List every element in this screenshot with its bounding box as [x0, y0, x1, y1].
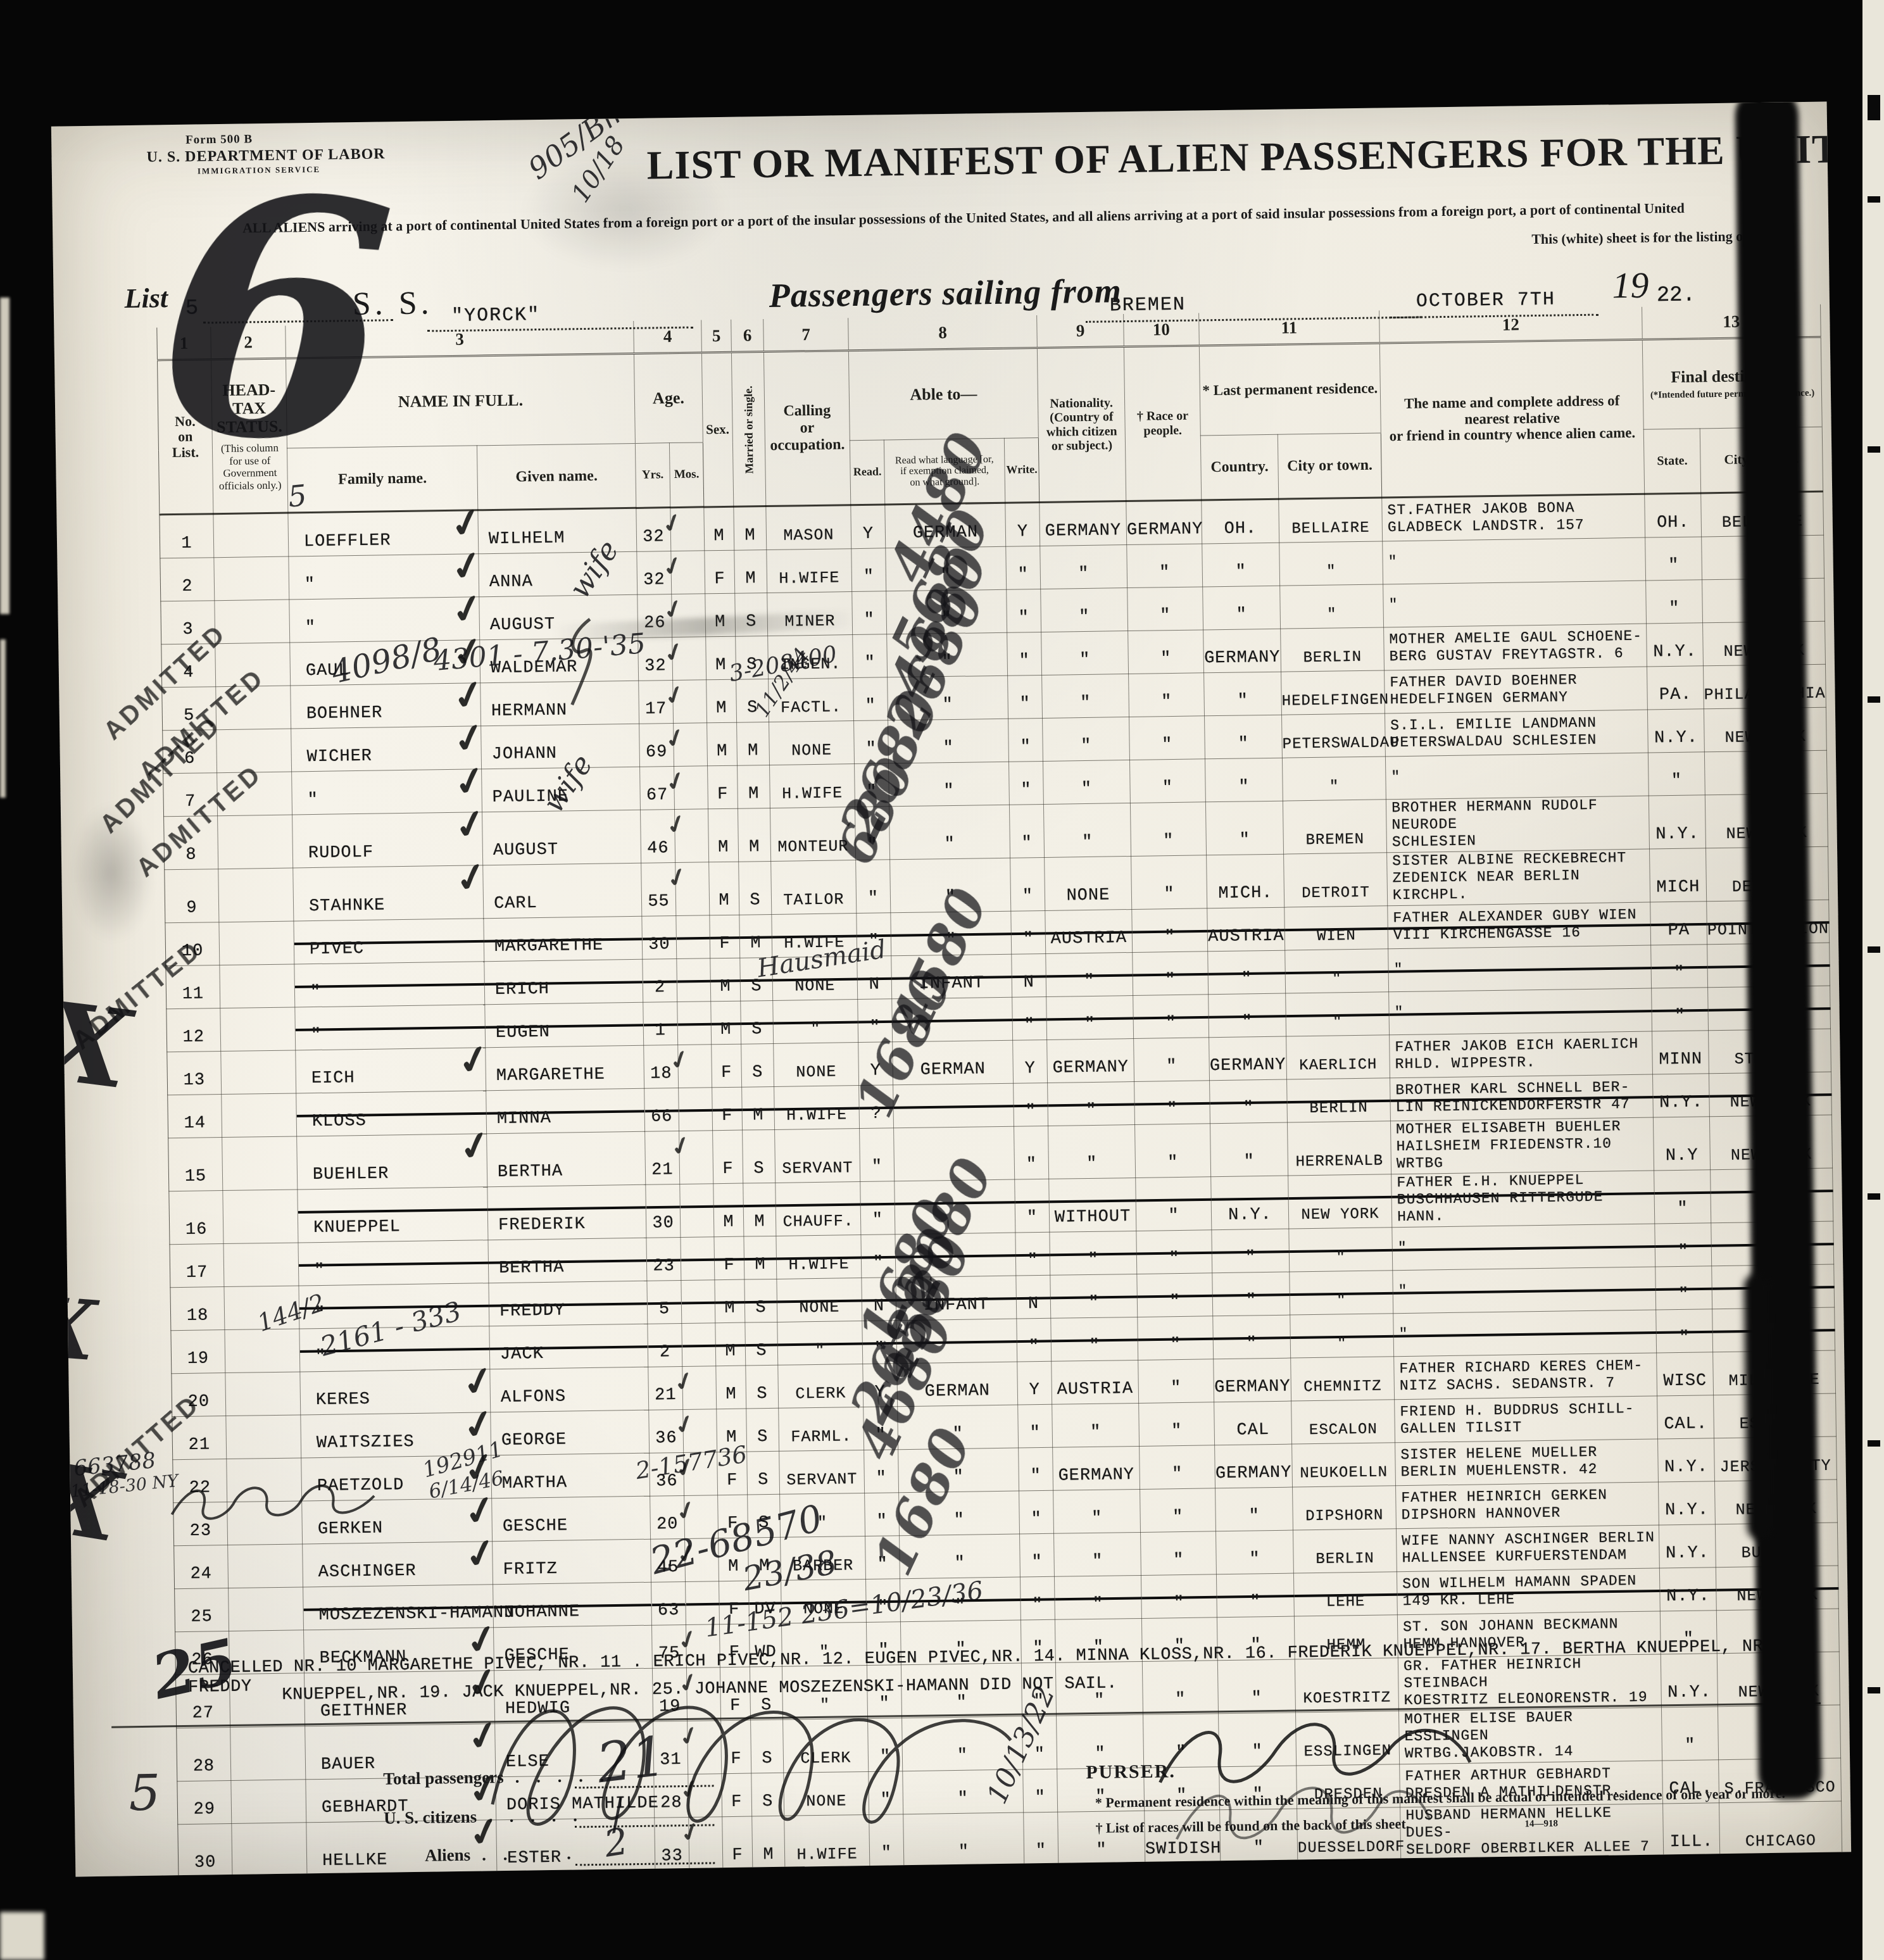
cell-head-tax [222, 1093, 297, 1138]
cell-age-mos [677, 958, 711, 1002]
cell-married-single: M [748, 1537, 781, 1581]
cell-age-yrs: 36✓ [649, 1409, 684, 1453]
smudge [70, 803, 154, 943]
cell-given-name: WILHELM✓ [478, 508, 637, 553]
header-yrs: Yrs. [635, 443, 670, 508]
header-able-to: Able to— [848, 348, 1038, 441]
cell-residence-city: " [1280, 584, 1384, 629]
cell-read-language: " [890, 858, 1011, 913]
cell-head-tax [225, 1372, 301, 1416]
cell-nearest-relative: MOTHER AMELIE GAUL SCHOENE- BERG GUSTAV … [1384, 624, 1647, 670]
print-code: 14—918 [1524, 1819, 1558, 1830]
header-read: Read. [850, 440, 884, 505]
cell-nationality: " [1050, 1231, 1137, 1275]
cell-head-tax [218, 868, 294, 922]
cell-read: " [851, 548, 886, 592]
cell-occupation: NONE [781, 1579, 867, 1623]
cell-residence-city: NEW YORK [1288, 1174, 1392, 1229]
cell-residence-city: BERLIN [1287, 1078, 1391, 1122]
cell-race: " [1137, 1273, 1213, 1317]
cell-nationality: NONE [1045, 857, 1132, 911]
cell-family-name: " [298, 1240, 489, 1286]
cell-age-yrs: 17✓ [639, 681, 674, 724]
cell-married-single: M [738, 808, 770, 862]
cell-given-name: ALFONS✓ [490, 1367, 649, 1412]
cell-given-name: AUGUST✓ [482, 810, 641, 865]
cell-read: " [863, 1407, 898, 1450]
cell-nationality: GERMANY [1047, 1038, 1134, 1083]
cell-nearest-relative: BROTHER HERMANN RUDOLF NEURODE SCHLESIEN [1386, 796, 1649, 853]
cell-race: GERMANY [1126, 500, 1202, 545]
cell-read-language [896, 1319, 1017, 1364]
cell-sex: F [712, 1087, 743, 1131]
cell-line-number: 5 [162, 687, 217, 731]
cell-write: " [1008, 675, 1043, 719]
cell-given-name: BERTHA [488, 1238, 647, 1283]
cell-sex: F [710, 915, 740, 958]
cell-destination-state: N.Y. [1647, 709, 1704, 753]
cell-occupation: CLERK [778, 1364, 863, 1409]
cell-write: " [1007, 589, 1041, 632]
cell-line-number: 18 [170, 1287, 225, 1331]
cell-line-number: 14 [168, 1095, 222, 1138]
cell-residence-city: BELLAIRE [1279, 498, 1383, 543]
cell-married-single: S [736, 679, 769, 722]
cell-occupation: MASON [766, 505, 851, 550]
page-subtitle-2: This (white) sheet is for the listing of [1531, 228, 1748, 248]
cell-head-tax [222, 1136, 298, 1191]
cell-write: " [1017, 1318, 1052, 1362]
col-num: 10 [1124, 313, 1200, 346]
cell-given-name: GESCHE✓ [492, 1496, 651, 1541]
cell-read: " [857, 913, 891, 957]
cell-married-single: S [740, 957, 773, 1001]
handwritten-annotation: 11-18-30 NY [70, 1473, 179, 1500]
cell-residence-city: " [1279, 541, 1383, 586]
cell-line-number: 30 [178, 1823, 232, 1876]
cell-race: " [1141, 1574, 1217, 1619]
scan-edge-strip [1862, 0, 1884, 1960]
cell-read: Y [851, 505, 886, 549]
handwritten-annotation: 10/18 [568, 132, 630, 207]
cell-age-yrs: 46✓ [640, 810, 675, 864]
cell-given-name: JOHANNE [493, 1582, 652, 1627]
handwritten-annotation: X [51, 1450, 126, 1556]
cell-sex: M [710, 958, 741, 1002]
cell-line-number: 19 [171, 1330, 225, 1374]
cell-read-language: " [900, 1577, 1020, 1622]
cell-residence-city: " [1285, 949, 1389, 993]
header-residence-country: Country. [1200, 434, 1278, 500]
page-title: LIST OR MANIFEST OF ALIEN PASSENGERS FOR… [646, 125, 1831, 189]
cell-married-single: M [743, 1183, 776, 1236]
cell-destination-state: N.Y. [1659, 1567, 1716, 1611]
cell-read: " [855, 807, 889, 860]
cell-given-name: FREDERIK [487, 1184, 646, 1240]
cell-head-tax [223, 1243, 299, 1287]
cell-given-name: MARGARETHE✓ [486, 1045, 644, 1090]
cell-race: " [1133, 952, 1209, 996]
cell-read-language [895, 1179, 1015, 1234]
head-tax-subtitle: (This column for use of Government offic… [213, 442, 287, 493]
cell-line-number: 4 [161, 644, 216, 688]
cell-residence-city: LEHE [1293, 1572, 1397, 1616]
head-tax-title: HEAD-TAX STATUS. [217, 380, 282, 437]
cell-read: N [857, 956, 892, 1000]
cell-race: " [1136, 1230, 1212, 1274]
handwritten-annotation: X [51, 987, 135, 1104]
cell-occupation: H.WIFE [770, 764, 855, 808]
cell-write: Y [1005, 502, 1040, 546]
header-name-in-full: NAME IN FULL. [286, 353, 635, 448]
cell-married-single: M [739, 914, 772, 958]
cell-residence-city: HEDELFINGEN [1281, 670, 1385, 715]
cell-residence-country: AUSTRIA [1207, 907, 1285, 952]
cell-nationality: " [1050, 1274, 1138, 1318]
cell-age-yrs: 21✓ [645, 1131, 680, 1185]
cell-residence-country: " [1203, 586, 1281, 630]
cell-sex: M [708, 808, 738, 862]
cell-age-yrs: 45✓ [651, 1538, 686, 1582]
cell-given-name: EUGEN [485, 1002, 644, 1047]
cell-write: " [1009, 804, 1044, 858]
cell-line-number: 20 [172, 1373, 226, 1417]
cell-line-number: 28 [177, 1728, 231, 1781]
cell-residence-country: GERMANY [1203, 629, 1281, 673]
scan-edge-mark [1868, 1440, 1880, 1447]
cell-read-language: GERMAN [893, 1040, 1014, 1085]
cell-occupation: NONE [774, 1043, 859, 1087]
cell-given-name: BERTHA✓ [487, 1131, 646, 1186]
cell-residence-country: " [1209, 993, 1286, 1038]
cell-residence-country: " [1212, 1229, 1290, 1273]
cell-head-tax [214, 556, 289, 601]
cell-nationality: AUSTRIA [1045, 910, 1133, 954]
cell-nationality: " [1043, 803, 1131, 858]
cell-line-number: 12 [166, 1008, 221, 1052]
cell-residence-city: " [1290, 1314, 1394, 1358]
scan-edge-mark [1868, 446, 1880, 453]
cell-given-name: MARGARETHE [484, 916, 643, 961]
cell-residence-country: " [1216, 1573, 1294, 1618]
cell-read: " [858, 999, 893, 1043]
cell-residence-country: GERMANY [1214, 1358, 1291, 1402]
header-age: Age. [634, 353, 703, 443]
cell-age-yrs: 32✓ [637, 551, 672, 595]
cell-race: " [1139, 1402, 1215, 1447]
cell-sex: M [713, 1183, 744, 1237]
cell-read-language: " [887, 632, 1008, 677]
scan-edge-mark [1868, 696, 1880, 703]
cell-write: " [1019, 1490, 1054, 1534]
cell-read-language: " [900, 1534, 1020, 1579]
cell-race: " [1133, 995, 1209, 1039]
scan-edge-sliver [0, 639, 6, 798]
cell-given-name: CARL✓ [483, 863, 642, 918]
cell-nationality: GERMANY [1053, 1446, 1140, 1490]
cell-sex: M [715, 1279, 745, 1323]
cell-race: " [1132, 908, 1208, 953]
cell-head-tax [225, 1329, 300, 1373]
year-typed: 22. [1657, 283, 1696, 308]
cell-residence-city: PETERSWALDAU [1282, 713, 1386, 758]
cell-race: " [1129, 716, 1205, 760]
cell-read-language: " [889, 762, 1010, 807]
cell-read-language: INFANT [896, 1276, 1017, 1321]
cell-occupation: MONTEUR [770, 807, 855, 862]
cell-line-number: 16 [169, 1191, 223, 1245]
cell-residence-country: N.Y. [1211, 1176, 1289, 1230]
cell-line-number: 11 [166, 965, 220, 1009]
cell-read: Y [863, 1364, 898, 1407]
cell-write: " [1019, 1447, 1053, 1491]
cell-residence-country: GERMANY [1209, 1036, 1287, 1081]
col-num: 1 [157, 327, 211, 360]
cell-head-tax [215, 643, 291, 687]
col-num: 8 [848, 315, 1038, 351]
cell-nationality: " [1043, 717, 1130, 762]
cell-read-language: " [886, 589, 1007, 634]
cell-read-language: GERMAN [885, 503, 1006, 548]
cell-residence-country: " [1216, 1530, 1294, 1574]
cell-read: " [855, 763, 889, 807]
cell-nearest-relative: SON WILHELM HAMANN SPADEN 149 KR. LEHE [1397, 1568, 1660, 1615]
cell-head-tax [217, 729, 292, 773]
cell-head-tax [230, 1726, 306, 1781]
cell-residence-city: WIEN [1284, 906, 1388, 950]
cell-sex: M [705, 593, 736, 637]
cell-line-number: 7 [163, 773, 218, 817]
cell-age-yrs: 1 [643, 1002, 678, 1046]
cell-line-number: 6 [163, 730, 217, 774]
cell-occupation: BARBER [781, 1536, 866, 1580]
cell-occupation: " [780, 1493, 865, 1537]
cell-nearest-relative: " [1385, 753, 1648, 800]
cell-age-yrs: 63 [651, 1581, 686, 1625]
cell-write: " [1011, 910, 1046, 954]
cell-head-tax [228, 1544, 303, 1588]
cell-head-tax [216, 686, 291, 730]
cell-nationality: " [1048, 1081, 1135, 1126]
cell-occupation: CHAUFF. [776, 1182, 861, 1236]
cell-read-language: " [898, 1405, 1019, 1450]
cell-residence-city: BREMEN [1283, 800, 1386, 854]
cell-destination-state: N.Y. [1659, 1524, 1716, 1568]
cell-destination-state: " [1656, 1309, 1713, 1353]
cell-write: " [1006, 546, 1041, 589]
cell-residence-city: " [1286, 992, 1390, 1036]
cell-age-mos [677, 1002, 712, 1045]
cell-destination-state: OH. [1645, 493, 1702, 537]
header-calling: Calling or occupation. [763, 351, 850, 506]
cell-write: Y [1013, 1040, 1048, 1083]
cell-head-tax [220, 1007, 296, 1052]
cell-sex: F [712, 1044, 742, 1088]
cell-destination-state: N.Y. [1653, 1074, 1710, 1117]
col-num: 7 [763, 318, 849, 351]
cell-married-single: M [734, 550, 767, 594]
cell-race: " [1129, 673, 1205, 717]
header-no-on-list: No. on List. [158, 360, 213, 515]
header-nationality: Nationality. (Country of which citizen o… [1037, 347, 1126, 503]
cell-nationality: " [1040, 545, 1127, 589]
cell-residence-city: NEUKOELLN [1292, 1443, 1396, 1487]
header-given-name: Given name. [477, 443, 636, 510]
cell-residence-country: GERMANY [1215, 1444, 1293, 1488]
header-race: † Race or people. [1124, 346, 1201, 501]
cell-residence-city: " [1289, 1228, 1393, 1272]
cell-destination-city: CHICAGO [1719, 1801, 1842, 1856]
cell-write: " [1020, 1533, 1055, 1577]
header-residence-city: City or town. [1278, 433, 1381, 499]
cell-write: " [1008, 761, 1043, 805]
cell-married-single: S [747, 1451, 780, 1495]
cell-head-tax [220, 964, 295, 1008]
cell-line-number: 25 [175, 1588, 229, 1632]
cell-given-name: MINNA [486, 1088, 645, 1133]
cell-read: " [862, 1321, 897, 1364]
cell-age-yrs: 5 [647, 1281, 682, 1324]
cell-read: " [856, 860, 891, 914]
cell-nationality: " [1041, 631, 1129, 675]
cell-nearest-relative: " [1388, 945, 1652, 992]
cell-head-tax [218, 815, 293, 869]
cell-head-tax [231, 1780, 306, 1824]
col-num: 4 [634, 320, 702, 353]
cell-write: " [1015, 1179, 1050, 1233]
cell-occupation: NONE [777, 1278, 862, 1322]
cell-residence-country: " [1215, 1487, 1293, 1531]
cell-age-mos [680, 1184, 714, 1238]
scan-edge-mark [1868, 946, 1880, 953]
cell-write: " [1010, 857, 1045, 911]
cell-line-number: 1 [160, 514, 214, 558]
cell-age-mos [681, 1280, 715, 1324]
cell-given-name: JOHANN✓ [481, 724, 640, 769]
cell-nearest-relative: FATHER JAKOB EICH KAERLICH RHLD. WIPPEST… [1390, 1031, 1653, 1078]
cell-sex: M [704, 506, 734, 551]
scan-edge-mark [1868, 1193, 1880, 1200]
cell-occupation: INGEN. [768, 635, 853, 679]
cell-nearest-relative: FATHER RICHARD KERES CHEM- NITZ SACHS. S… [1394, 1353, 1657, 1400]
cell-read: " [854, 720, 889, 764]
cell-destination-state: N.Y. [1658, 1438, 1715, 1482]
cell-sex: M [706, 636, 736, 680]
cell-occupation: H.WIFE [774, 1086, 860, 1130]
cell-age-yrs: 67✓ [640, 767, 675, 810]
cell-residence-country: " [1210, 1079, 1288, 1124]
margin-scribble [546, 612, 610, 714]
cell-head-tax [221, 1050, 296, 1095]
scan-dark-band [1743, 1274, 1773, 1540]
cell-age-yrs: 32✓ [638, 638, 673, 681]
cell-sex: F [719, 1581, 750, 1624]
header-head-tax: HEAD-TAX STATUS. (This column for use of… [211, 358, 287, 514]
cell-race: " [1140, 1445, 1215, 1490]
cell-married-single: S [739, 861, 772, 915]
cell-race: " [1129, 759, 1205, 803]
cell-write: Y [1017, 1361, 1052, 1405]
cell-read-language [894, 1126, 1015, 1181]
cell-nearest-relative: " [1393, 1310, 1657, 1357]
col-num: 2 [211, 326, 286, 360]
header-family-name: Family name. [287, 446, 477, 513]
cell-given-name: MARTHA✓ [491, 1453, 650, 1498]
cell-given-name: GEORGE✓ [491, 1410, 650, 1455]
cell-race: " [1134, 1081, 1210, 1125]
cell-nearest-relative: FATHER E.H. KNUEPPEL BUSCHHAUSEN RITTERG… [1391, 1171, 1655, 1228]
cell-nationality: " [1046, 995, 1134, 1040]
header-dest-state: State. [1643, 429, 1700, 494]
cell-sex: F [713, 1130, 743, 1184]
cell-married-single: S [745, 1322, 778, 1366]
cell-destination-state: N.Y. [1659, 1481, 1716, 1525]
cell-given-name: JACK [489, 1324, 648, 1369]
cell-read-language: GERMAN [897, 1362, 1018, 1407]
cell-nearest-relative: " [1393, 1267, 1656, 1314]
cell-read-language: " [889, 805, 1010, 860]
cell-nationality: GERMANY [1039, 501, 1127, 546]
cell-nationality: " [1054, 1532, 1141, 1576]
cell-destination-state: WISC [1657, 1352, 1714, 1396]
cell-read-language [892, 997, 1013, 1042]
cell-occupation: SERVANT [775, 1129, 860, 1183]
cell-write: " [1015, 1232, 1050, 1276]
cell-residence-country: " [1208, 950, 1286, 995]
cell-destination-state: " [1646, 580, 1703, 624]
cell-sex: M [715, 1322, 746, 1366]
cell-age-yrs: 21✓ [648, 1366, 683, 1410]
cell-residence-city: " [1290, 1271, 1393, 1315]
handwritten-annotation: 905/Bm [524, 102, 633, 184]
cell-married-single: S [743, 1129, 776, 1183]
cell-write: " [1014, 1083, 1048, 1126]
cell-married-single: M [734, 506, 767, 551]
cell-read-language: " [891, 911, 1012, 956]
cell-age-yrs: 18✓ [644, 1045, 679, 1089]
cell-age-yrs: 2 [648, 1323, 682, 1367]
cell-married-single: M [742, 1086, 775, 1130]
cell-residence-country: MICH. [1207, 854, 1284, 908]
cell-nationality: " [1041, 588, 1128, 632]
cell-nationality: " [1046, 952, 1133, 996]
cell-given-name: FREDDY [489, 1281, 648, 1326]
cell-read: " [853, 677, 888, 721]
cell-nearest-relative: BROTHER KARL SCHNELL BER- LIN REINICKEND… [1390, 1074, 1654, 1121]
cell-nationality: " [1051, 1317, 1138, 1361]
cell-nationality: " [1053, 1489, 1141, 1533]
cell-nearest-relative: " [1383, 537, 1646, 584]
cell-occupation: NONE [772, 957, 858, 1001]
col-num: 3 [286, 321, 634, 358]
cell-family-name: " [294, 962, 485, 1007]
cell-married-single: S [741, 1043, 774, 1087]
cell-line-number: 10 [165, 922, 220, 966]
header-write: Write. [1004, 437, 1039, 503]
cell-race: " [1141, 1531, 1217, 1576]
cell-destination-state: CAL. [1657, 1395, 1714, 1439]
cell-line-number: 9 [165, 869, 219, 923]
cell-residence-country: OH. [1202, 499, 1279, 544]
cell-sex: M [707, 722, 738, 766]
cell-nationality: AUSTRIA [1052, 1360, 1139, 1404]
cell-nearest-relative: HUSBAND HERMANN HELLKE DUES- SELDORF OBE… [1400, 1804, 1664, 1861]
cell-destination-state: " [1655, 1223, 1712, 1267]
cell-married-single: S [748, 1494, 781, 1538]
cell-nationality: " [1043, 760, 1131, 805]
cell-race: " [1140, 1488, 1216, 1533]
cell-read: Y [858, 1042, 893, 1086]
